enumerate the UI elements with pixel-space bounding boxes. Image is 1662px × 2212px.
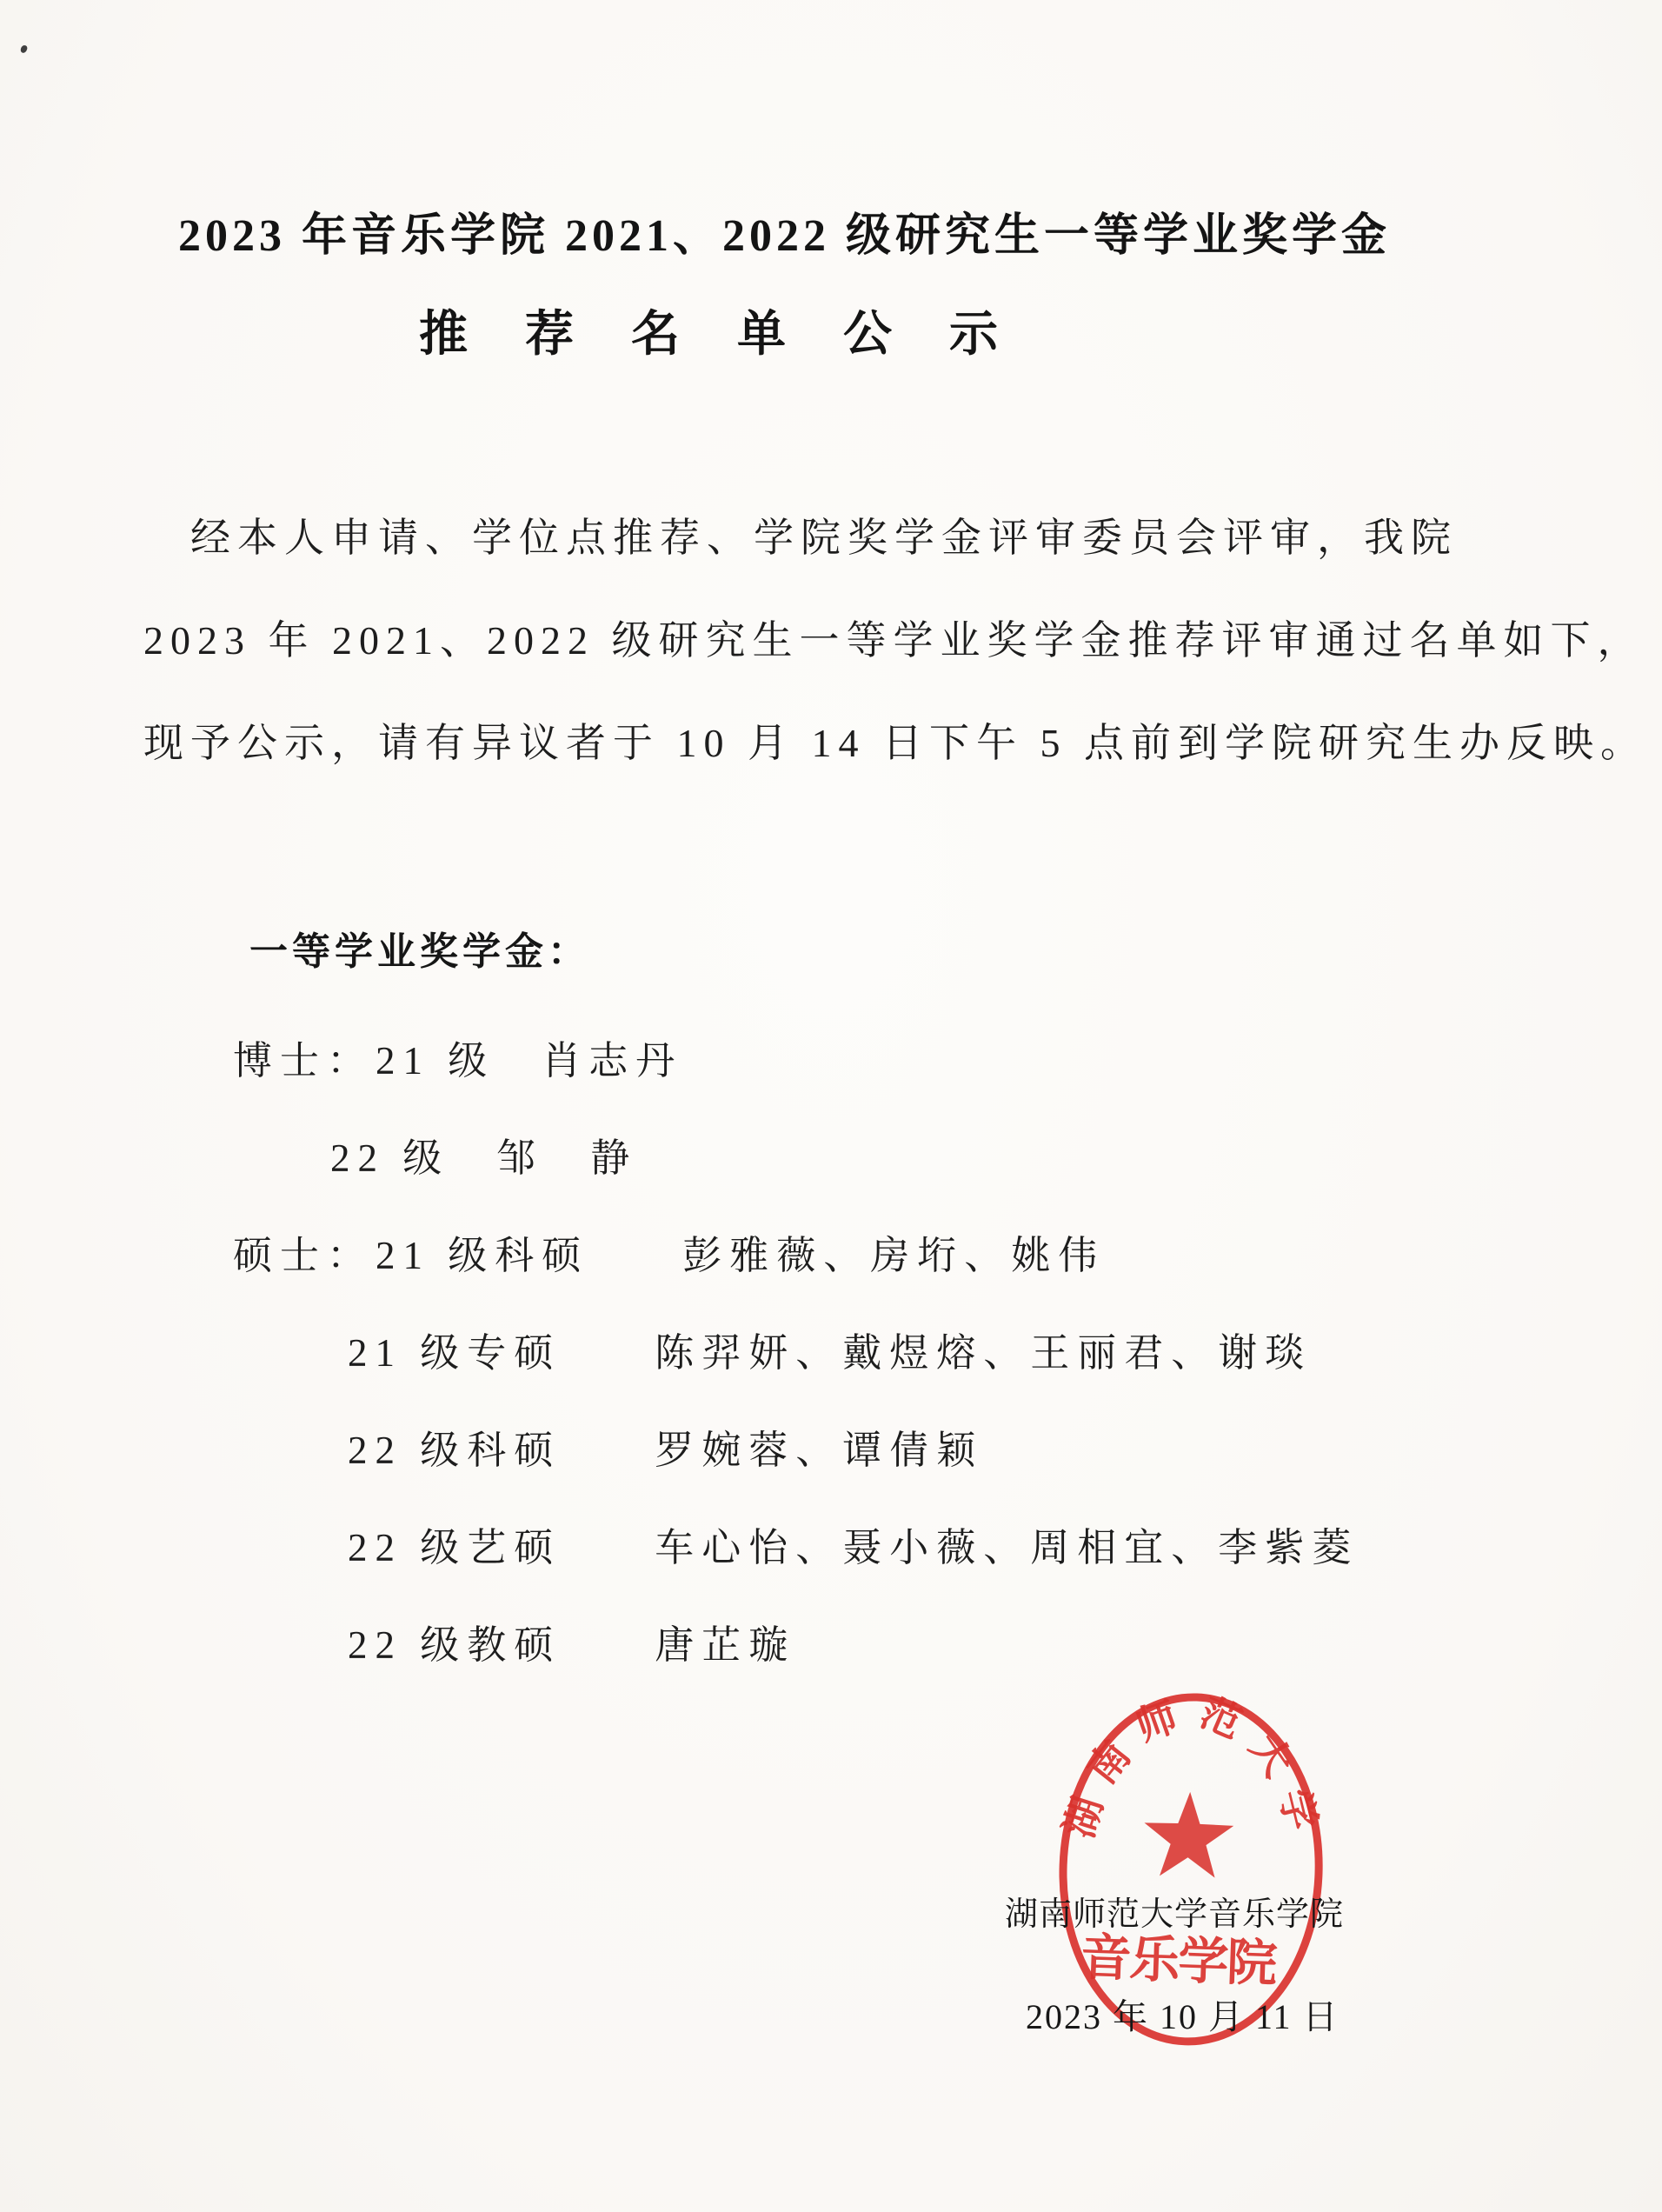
recipient-entry: 22 级艺硕 车心怡、聂小薇、周相宜、李紫菱 — [348, 1526, 1359, 1569]
recipient-row-masters-22-kesuo: 22 级科硕 罗婉蓉、谭倩颖 — [348, 1418, 983, 1475]
document-title-line-2: 推荐名单公示 — [419, 296, 1055, 365]
scan-artifact-dot — [20, 44, 28, 54]
recipient-row-masters-21-kesuo: 硕士：21 级科硕 彭雅薇、房垳、姚伟 — [233, 1223, 1105, 1280]
recipient-entry: 22 级教硕 唐芷璇 — [348, 1623, 795, 1667]
recipient-entry: 22 级 邹 静 — [330, 1136, 637, 1180]
recipient-row-doctoral-21: 博士：21 级 肖志丹 — [233, 1029, 682, 1085]
recipient-row-doctoral-22: 22 级 邹 静 — [330, 1126, 637, 1183]
body-paragraph-line-2: 2023 年 2021、2022 级研究生一等学业奖学金推荐评审通过名单如下， — [143, 609, 1645, 666]
signature-date: 2023 年 10 月 11 日 — [1026, 1989, 1340, 2039]
recipient-row-masters-21-zhuanshuo: 21 级专硕 陈羿妍、戴煜熔、王丽君、谢琰 — [348, 1321, 1312, 1377]
stamp-bottom-text: 音乐学院 — [1080, 1929, 1278, 1993]
signature-organization: 湖南师范大学音乐学院 — [1005, 1887, 1344, 1935]
recipient-row-masters-22-yishuo: 22 级艺硕 车心怡、聂小薇、周相宜、李紫菱 — [348, 1516, 1359, 1572]
recipient-entry: 21 级科硕 彭雅薇、房垳、姚伟 — [376, 1234, 1105, 1277]
scholarship-section-heading: 一等学业奖学金： — [249, 920, 590, 976]
body-paragraph-line-3: 现予公示，请有异议者于 10 月 14 日下午 5 点前到学院研究生办反映。 — [143, 711, 1647, 769]
degree-label-masters: 硕士： — [233, 1234, 374, 1277]
degree-label-doctoral: 博士： — [233, 1039, 374, 1083]
recipient-entry: 21 级 肖志丹 — [376, 1039, 682, 1083]
announcement-document-page: 2023 年音乐学院 2021、2022 级研究生一等学业奖学金 推荐名单公示 … — [0, 0, 1662, 2212]
star-icon — [1142, 1790, 1234, 1878]
recipient-entry: 22 级科硕 罗婉蓉、谭倩颖 — [348, 1429, 983, 1472]
recipient-entry: 21 级专硕 陈羿妍、戴煜熔、王丽君、谢琰 — [348, 1331, 1312, 1375]
document-title-line-1: 2023 年音乐学院 2021、2022 级研究生一等学业奖学金 — [178, 198, 1391, 263]
recipient-row-masters-22-jiaoshuo: 22 级教硕 唐芷璇 — [348, 1613, 795, 1669]
body-paragraph-line-1: 经本人申请、学位点推荐、学院奖学金评审委员会评审，我院 — [143, 506, 1458, 563]
